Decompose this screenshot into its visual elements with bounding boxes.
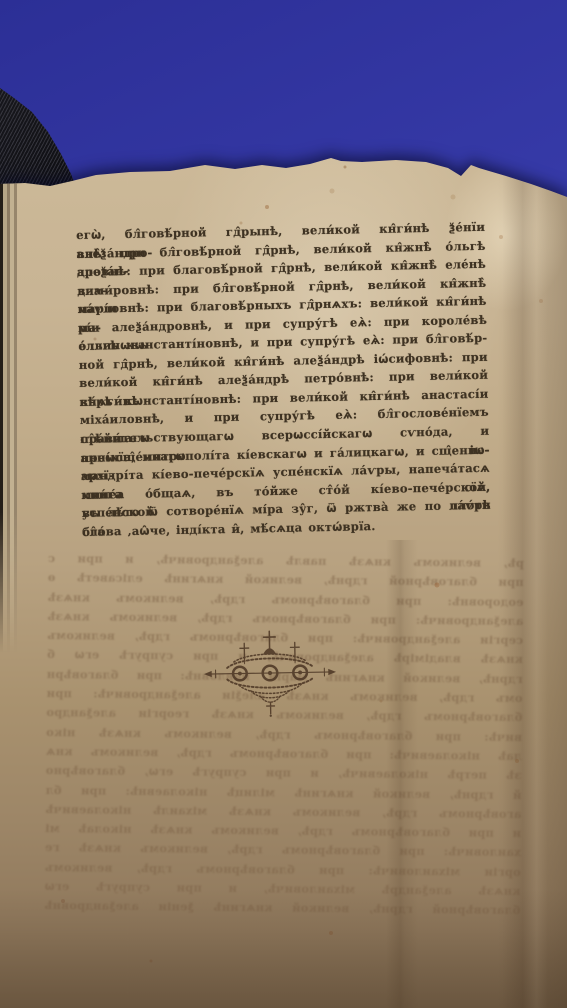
corner-shadow [0,748,220,1008]
colophon-text-block: егѡ̀, бл̂говѣ́рной гд̂рынѣ, вели́кой кн̂… [76,218,491,541]
right-fold-crease [502,168,548,1008]
book-page-wrapper: рѣ, великомъ кнѧзѣ павлѣ алеѯандровичѣ, … [0,0,567,1008]
book-photo: рѣ, великомъ кнѧзѣ павлѣ алеѯандровичѣ, … [0,0,567,1008]
foxing-spots [0,0,2,2]
floral-cross-ornament-icon [201,626,339,720]
book-page: рѣ, великомъ кнѧзѣ павлѣ алеѯандровичѣ, … [0,0,567,1008]
ornament-vignette [201,626,339,720]
stacked-page-edges [0,183,20,653]
